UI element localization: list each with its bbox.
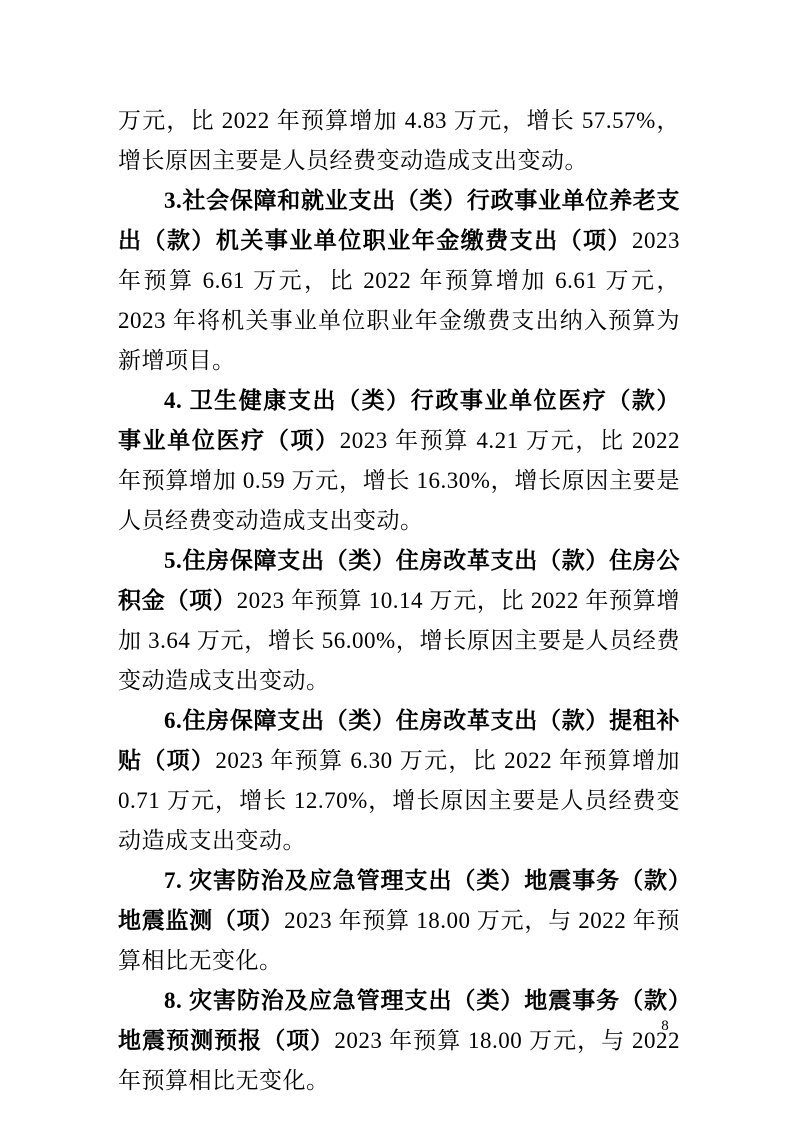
document-body: 万元，比 2022 年预算增加 4.83 万元，增长 57.57%，增长原因主要… <box>118 101 680 1101</box>
paragraph-lead: 3.社会保障和就业支出（类）行政事业单位养老支出（款）机关事业单位职业年金缴费支… <box>118 188 680 253</box>
document-page: 万元，比 2022 年预算增加 4.83 万元，增长 57.57%，增长原因主要… <box>0 0 793 1122</box>
paragraph-item-8: 8. 灾害防治及应急管理支出（类）地震事务（款）地震预测预报（项）2023 年预… <box>118 981 680 1101</box>
paragraph-text: 万元，比 2022 年预算增加 4.83 万元，增长 57.57%，增长原因主要… <box>118 108 680 173</box>
paragraph-item-3: 3.社会保障和就业支出（类）行政事业单位养老支出（款）机关事业单位职业年金缴费支… <box>118 181 680 381</box>
paragraph-item-4: 4. 卫生健康支出（类）行政事业单位医疗（款）事业单位医疗（项）2023 年预算… <box>118 381 680 541</box>
paragraph-item-6: 6.住房保障支出（类）住房改革支出（款）提租补贴（项）2023 年预算 6.30… <box>118 701 680 861</box>
paragraph-continuation: 万元，比 2022 年预算增加 4.83 万元，增长 57.57%，增长原因主要… <box>118 101 680 181</box>
page-number: 8 <box>640 1016 690 1036</box>
paragraph-item-7: 7. 灾害防治及应急管理支出（类）地震事务（款）地震监测（项）2023 年预算 … <box>118 861 680 981</box>
paragraph-item-5: 5.住房保障支出（类）住房改革支出（款）住房公积金（项）2023 年预算 10.… <box>118 541 680 701</box>
